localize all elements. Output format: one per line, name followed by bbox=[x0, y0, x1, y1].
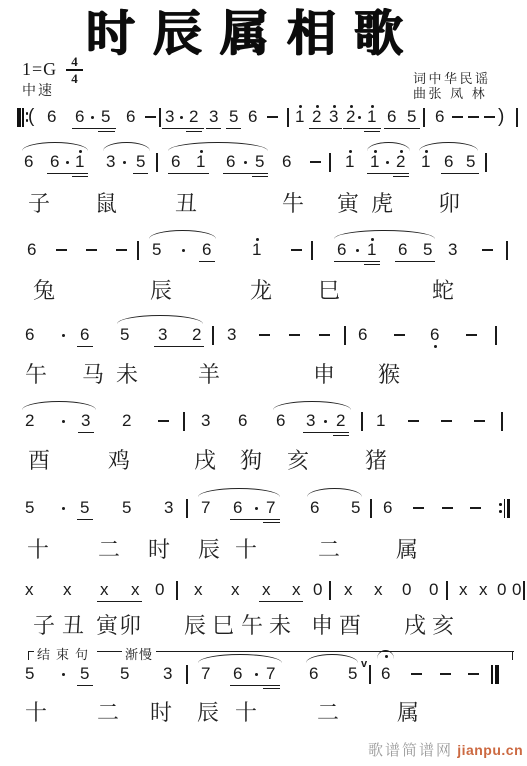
note: 2 bbox=[122, 411, 131, 431]
beam bbox=[77, 685, 93, 687]
lyric-char: 时 bbox=[148, 537, 170, 563]
beam bbox=[97, 601, 142, 603]
note: 6 bbox=[226, 152, 235, 172]
lyric-char: 二 bbox=[317, 700, 339, 726]
watermark-site-name: 歌谱简谱网 bbox=[368, 742, 453, 759]
barline bbox=[311, 241, 313, 260]
octave-dot-high bbox=[333, 105, 336, 108]
lyric-char: 十 bbox=[235, 537, 257, 563]
note: 6 bbox=[248, 107, 257, 127]
note: 5 bbox=[80, 664, 89, 684]
lyric-char: 卯 bbox=[119, 613, 141, 639]
beam bbox=[364, 264, 380, 266]
note: 5 bbox=[255, 152, 264, 172]
aug-dot bbox=[62, 420, 65, 423]
beam bbox=[206, 128, 221, 130]
beam bbox=[154, 346, 204, 348]
barline bbox=[212, 326, 214, 345]
barline bbox=[506, 241, 508, 260]
lyric-char: 寅 bbox=[337, 191, 359, 217]
lyric-char: 申 bbox=[313, 362, 335, 388]
beam bbox=[72, 128, 116, 130]
note: 1 bbox=[345, 152, 354, 172]
lyric-char: 丑 bbox=[62, 613, 84, 639]
lyric-char: 巳 bbox=[212, 613, 234, 639]
note: 3 bbox=[164, 498, 173, 518]
dash bbox=[452, 116, 463, 118]
barline bbox=[369, 665, 371, 684]
beam bbox=[223, 173, 268, 175]
lyric-char: 子 bbox=[28, 191, 50, 217]
note: 6 bbox=[238, 411, 247, 431]
note: 2 bbox=[396, 152, 405, 172]
slur bbox=[273, 401, 351, 410]
rhythm-x: x bbox=[131, 580, 140, 600]
note: 6 bbox=[276, 411, 285, 431]
note: 5 bbox=[25, 664, 34, 684]
note: 6 bbox=[171, 152, 180, 172]
aug-dot bbox=[244, 161, 247, 164]
barline bbox=[423, 108, 425, 127]
note: 5 bbox=[423, 240, 432, 260]
note: 5 bbox=[120, 664, 129, 684]
note: 3 bbox=[81, 411, 90, 431]
beam bbox=[226, 128, 241, 130]
dash bbox=[440, 673, 451, 675]
sheet-music-page: 时辰属相歌 1=G 4 4 中速 词中华民谣 曲张 凤 林 (665632356… bbox=[0, 0, 527, 766]
note: 3 bbox=[106, 152, 115, 172]
barline bbox=[485, 153, 487, 172]
slur bbox=[168, 142, 268, 151]
note: 3 bbox=[329, 107, 338, 127]
slur bbox=[149, 230, 216, 239]
beam bbox=[230, 519, 280, 521]
lyric-char: 亥 bbox=[432, 613, 454, 639]
barline bbox=[186, 665, 188, 684]
note: 1 bbox=[367, 107, 376, 127]
lyric-char: 属 bbox=[396, 537, 418, 563]
beam bbox=[47, 173, 88, 175]
barline bbox=[446, 581, 448, 600]
note: 5 bbox=[152, 240, 161, 260]
octave-dot-high bbox=[256, 238, 259, 241]
dash bbox=[474, 420, 485, 422]
key-signature: 1=G bbox=[22, 59, 57, 80]
lyric-char: 巳 bbox=[318, 278, 340, 304]
note: 5 bbox=[120, 325, 129, 345]
note: 6 bbox=[47, 107, 56, 127]
lyric-char: 鼠 bbox=[95, 191, 117, 217]
rest: 0 bbox=[402, 580, 411, 600]
aug-dot bbox=[182, 249, 185, 252]
aug-dot bbox=[255, 673, 258, 676]
note: 5 bbox=[351, 498, 360, 518]
dash bbox=[116, 249, 127, 251]
aug-dot bbox=[358, 116, 361, 119]
lyric-char: 辰 bbox=[197, 700, 219, 726]
note: 2 bbox=[336, 411, 345, 431]
barline bbox=[344, 326, 346, 345]
ending-phrase-bracket: 结束句 渐慢 bbox=[28, 643, 514, 661]
barline bbox=[370, 499, 372, 518]
note: 6 bbox=[24, 152, 33, 172]
lyric-char: 鸡 bbox=[108, 448, 130, 474]
note: 6 bbox=[282, 152, 291, 172]
octave-dot-high bbox=[350, 105, 353, 108]
note: 2 bbox=[346, 107, 355, 127]
beam bbox=[384, 128, 420, 130]
lyric-char: 龙 bbox=[250, 278, 272, 304]
note: 6 bbox=[310, 498, 319, 518]
dash bbox=[468, 116, 479, 118]
beam bbox=[252, 176, 268, 178]
beam bbox=[393, 176, 409, 178]
ritardando-label: 渐慢 bbox=[122, 644, 156, 663]
octave-dot-high bbox=[349, 150, 352, 153]
note: 2 bbox=[312, 107, 321, 127]
aug-dot bbox=[123, 161, 126, 164]
barline bbox=[516, 108, 518, 127]
slur bbox=[307, 488, 362, 497]
beam bbox=[263, 522, 280, 524]
slur bbox=[117, 315, 203, 324]
bracket-line bbox=[28, 651, 514, 652]
note: 3 bbox=[201, 411, 210, 431]
lyric-char: 申 bbox=[311, 613, 333, 639]
note: 5 bbox=[466, 152, 475, 172]
barline bbox=[329, 581, 331, 600]
dash bbox=[408, 420, 419, 422]
note: 5 bbox=[122, 498, 131, 518]
beam bbox=[98, 131, 115, 133]
note: 6 bbox=[387, 107, 396, 127]
barline bbox=[495, 326, 497, 345]
note: 1 bbox=[367, 240, 376, 260]
lyric-char: 亥 bbox=[287, 448, 309, 474]
note: 7 bbox=[201, 498, 210, 518]
dash bbox=[158, 420, 169, 422]
meter-numerator: 4 bbox=[71, 54, 78, 69]
bracket-left-tick bbox=[28, 651, 29, 660]
rhythm-x: x bbox=[63, 580, 72, 600]
barline bbox=[159, 108, 161, 127]
ending-phrase-label: 结束句 bbox=[34, 644, 97, 663]
aug-dot bbox=[356, 249, 359, 252]
beam bbox=[77, 519, 93, 521]
note: 3 bbox=[158, 325, 167, 345]
note: 5 bbox=[136, 152, 145, 172]
lyric-char: 二 bbox=[318, 537, 340, 563]
beam bbox=[303, 432, 349, 434]
dash bbox=[86, 249, 97, 251]
lyric-char: 午 bbox=[241, 613, 263, 639]
lyric-char: 十 bbox=[25, 700, 47, 726]
lyricist-credit: 词中华民谣 bbox=[413, 71, 491, 86]
barline bbox=[361, 412, 363, 431]
note: 3 bbox=[227, 325, 236, 345]
beam bbox=[263, 688, 280, 690]
dash bbox=[145, 116, 156, 118]
beam bbox=[334, 261, 380, 263]
barline bbox=[137, 241, 139, 260]
dash bbox=[291, 249, 302, 251]
lyric-char: 酉 bbox=[339, 613, 361, 639]
note: 6 bbox=[435, 107, 444, 127]
aug-dot bbox=[324, 420, 327, 423]
barline bbox=[523, 581, 525, 600]
aug-dot bbox=[62, 507, 65, 510]
lyric-char: 未 bbox=[269, 613, 291, 639]
note: 1 bbox=[376, 411, 385, 431]
beam bbox=[230, 685, 280, 687]
slur bbox=[367, 142, 410, 151]
repeat-end bbox=[499, 503, 502, 506]
note: ) bbox=[498, 107, 504, 127]
barline bbox=[156, 153, 158, 172]
aug-dot bbox=[62, 673, 65, 676]
beam bbox=[199, 261, 215, 263]
note: 3 bbox=[163, 664, 172, 684]
lyric-char: 虎 bbox=[371, 191, 393, 217]
lyric-char: 酉 bbox=[28, 448, 50, 474]
lyric-char: 属 bbox=[397, 700, 419, 726]
octave-dot-high bbox=[299, 105, 302, 108]
slur bbox=[198, 488, 280, 497]
repeat-begin bbox=[17, 108, 21, 127]
dash bbox=[470, 507, 481, 509]
note: 5 bbox=[348, 664, 357, 684]
lyric-char: 寅 bbox=[96, 613, 118, 639]
dash bbox=[319, 334, 330, 336]
aug-dot bbox=[66, 161, 69, 164]
note: 2 bbox=[25, 411, 34, 431]
note: 6 bbox=[430, 325, 439, 345]
lyric-char: 猴 bbox=[378, 362, 400, 388]
slur bbox=[22, 401, 96, 410]
rhythm-x: x bbox=[25, 580, 34, 600]
lyric-char: 牛 bbox=[282, 191, 304, 217]
beam bbox=[395, 261, 435, 263]
lyric-char: 辰 bbox=[150, 278, 172, 304]
lyric-char: 狗 bbox=[240, 448, 262, 474]
beam bbox=[162, 128, 204, 130]
note: 1 bbox=[196, 152, 205, 172]
lyric-char: 戌 bbox=[194, 448, 216, 474]
lyric-char: 蛇 bbox=[432, 278, 454, 304]
note: 6 bbox=[80, 325, 89, 345]
lyric-char: 午 bbox=[25, 362, 47, 388]
note: 3 bbox=[448, 240, 457, 260]
beam bbox=[72, 176, 88, 178]
rhythm-x: x bbox=[479, 580, 488, 600]
note: 1 bbox=[75, 152, 84, 172]
slur bbox=[22, 142, 88, 151]
note: 3 bbox=[209, 107, 218, 127]
note: 1 bbox=[295, 107, 304, 127]
note: 6 bbox=[202, 240, 211, 260]
beam bbox=[364, 131, 380, 133]
barline bbox=[176, 581, 178, 600]
time-signature: 4 4 bbox=[66, 55, 83, 85]
rest: 0 bbox=[429, 580, 438, 600]
rhythm-x: x bbox=[292, 580, 301, 600]
beam bbox=[168, 173, 209, 175]
note: 5 bbox=[80, 498, 89, 518]
lyric-char: 未 bbox=[116, 362, 138, 388]
aug-dot bbox=[255, 507, 258, 510]
dash bbox=[289, 334, 300, 336]
aug-dot bbox=[180, 116, 183, 119]
lyric-char: 二 bbox=[98, 537, 120, 563]
note: 5 bbox=[407, 107, 416, 127]
aug-dot bbox=[91, 116, 94, 119]
lyric-char: 十 bbox=[27, 537, 49, 563]
note: 6 bbox=[381, 664, 390, 684]
credits: 词中华民谣 曲张 凤 林 bbox=[413, 71, 491, 101]
note: 6 bbox=[25, 325, 34, 345]
beam bbox=[309, 128, 342, 130]
slur bbox=[334, 230, 435, 239]
note: 5 bbox=[229, 107, 238, 127]
repeat-begin bbox=[22, 108, 24, 127]
song-title: 时辰属相歌 bbox=[86, 8, 421, 62]
note: 6 bbox=[383, 498, 392, 518]
note: 3 bbox=[165, 107, 174, 127]
slur bbox=[419, 142, 478, 151]
rhythm-x: x bbox=[459, 580, 468, 600]
tempo-marking: 中速 bbox=[22, 80, 54, 100]
repeat-end bbox=[504, 499, 506, 518]
beam bbox=[367, 173, 409, 175]
note: 6 bbox=[75, 107, 84, 127]
lyric-char: 子 bbox=[33, 613, 55, 639]
dash bbox=[394, 334, 405, 336]
beam bbox=[441, 173, 479, 175]
note: 1 bbox=[421, 152, 430, 172]
note: 5 bbox=[101, 107, 110, 127]
rhythm-x: x bbox=[231, 580, 240, 600]
dash bbox=[56, 249, 67, 251]
lyric-char: 兔 bbox=[33, 278, 55, 304]
note: 7 bbox=[266, 664, 275, 684]
lyric-char: 辰 bbox=[184, 613, 206, 639]
note: 6 bbox=[444, 152, 453, 172]
note: 6 bbox=[126, 107, 135, 127]
dash bbox=[468, 673, 479, 675]
composer-credit: 曲张 凤 林 bbox=[413, 86, 491, 101]
final-barline bbox=[495, 665, 499, 684]
rest: 0 bbox=[313, 580, 322, 600]
final-barline bbox=[491, 665, 493, 684]
bracket-right-tick bbox=[512, 651, 513, 660]
watermark: 歌谱简谱网 jianpu.cn bbox=[368, 739, 523, 760]
barline bbox=[183, 412, 185, 431]
dash bbox=[267, 116, 278, 118]
dash bbox=[484, 116, 495, 118]
rhythm-x: x bbox=[194, 580, 203, 600]
lyric-char: 十 bbox=[235, 700, 257, 726]
note: 6 bbox=[27, 240, 36, 260]
note: 6 bbox=[233, 664, 242, 684]
note: ( bbox=[28, 107, 34, 127]
dash bbox=[441, 420, 452, 422]
repeat-end bbox=[507, 499, 511, 518]
dash bbox=[442, 507, 453, 509]
rhythm-x: x bbox=[100, 580, 109, 600]
dash bbox=[310, 161, 321, 163]
meter-denominator: 4 bbox=[71, 71, 78, 86]
rhythm-x: x bbox=[344, 580, 353, 600]
note: 6 bbox=[398, 240, 407, 260]
dash bbox=[413, 507, 424, 509]
note: 2 bbox=[189, 107, 198, 127]
note: 6 bbox=[337, 240, 346, 260]
lyric-char: 二 bbox=[97, 700, 119, 726]
repeat-end bbox=[499, 510, 502, 513]
dash bbox=[482, 249, 493, 251]
beam bbox=[78, 432, 94, 434]
beam bbox=[259, 601, 303, 603]
note: 1 bbox=[370, 152, 379, 172]
aug-dot bbox=[386, 161, 389, 164]
rhythm-x: x bbox=[374, 580, 383, 600]
lyric-char: 卯 bbox=[438, 191, 460, 217]
octave-dot-high bbox=[371, 105, 374, 108]
note: 6 bbox=[358, 325, 367, 345]
octave-dot-low bbox=[434, 345, 437, 348]
beam bbox=[343, 128, 381, 130]
lyric-char: 戌 bbox=[404, 613, 426, 639]
dash bbox=[259, 334, 270, 336]
beam bbox=[186, 131, 202, 133]
aug-dot bbox=[62, 334, 65, 337]
rest: 0 bbox=[155, 580, 164, 600]
lyric-char: 猪 bbox=[365, 448, 387, 474]
rest: 0 bbox=[512, 580, 521, 600]
octave-dot-high bbox=[316, 105, 319, 108]
beam bbox=[333, 435, 349, 437]
lyric-char: 时 bbox=[150, 700, 172, 726]
rest: 0 bbox=[497, 580, 506, 600]
beam bbox=[77, 346, 93, 348]
slur bbox=[103, 142, 150, 151]
barline bbox=[329, 153, 331, 172]
barline bbox=[287, 108, 289, 127]
dash bbox=[466, 334, 477, 336]
note: 6 bbox=[233, 498, 242, 518]
lyric-char: 马 bbox=[82, 362, 104, 388]
lyric-char: 羊 bbox=[198, 362, 220, 388]
note: 6 bbox=[50, 152, 59, 172]
note: 5 bbox=[25, 498, 34, 518]
note: 7 bbox=[266, 498, 275, 518]
barline bbox=[186, 499, 188, 518]
note: 1 bbox=[252, 240, 261, 260]
note: 3 bbox=[306, 411, 315, 431]
barline bbox=[501, 412, 503, 431]
dash bbox=[411, 673, 422, 675]
rhythm-x: x bbox=[262, 580, 271, 600]
beam bbox=[133, 173, 148, 175]
note: 6 bbox=[309, 664, 318, 684]
watermark-url: jianpu.cn bbox=[457, 742, 523, 758]
lyric-char: 丑 bbox=[175, 191, 197, 217]
note: 7 bbox=[201, 664, 210, 684]
note: 2 bbox=[192, 325, 201, 345]
lyric-char: 辰 bbox=[198, 537, 220, 563]
